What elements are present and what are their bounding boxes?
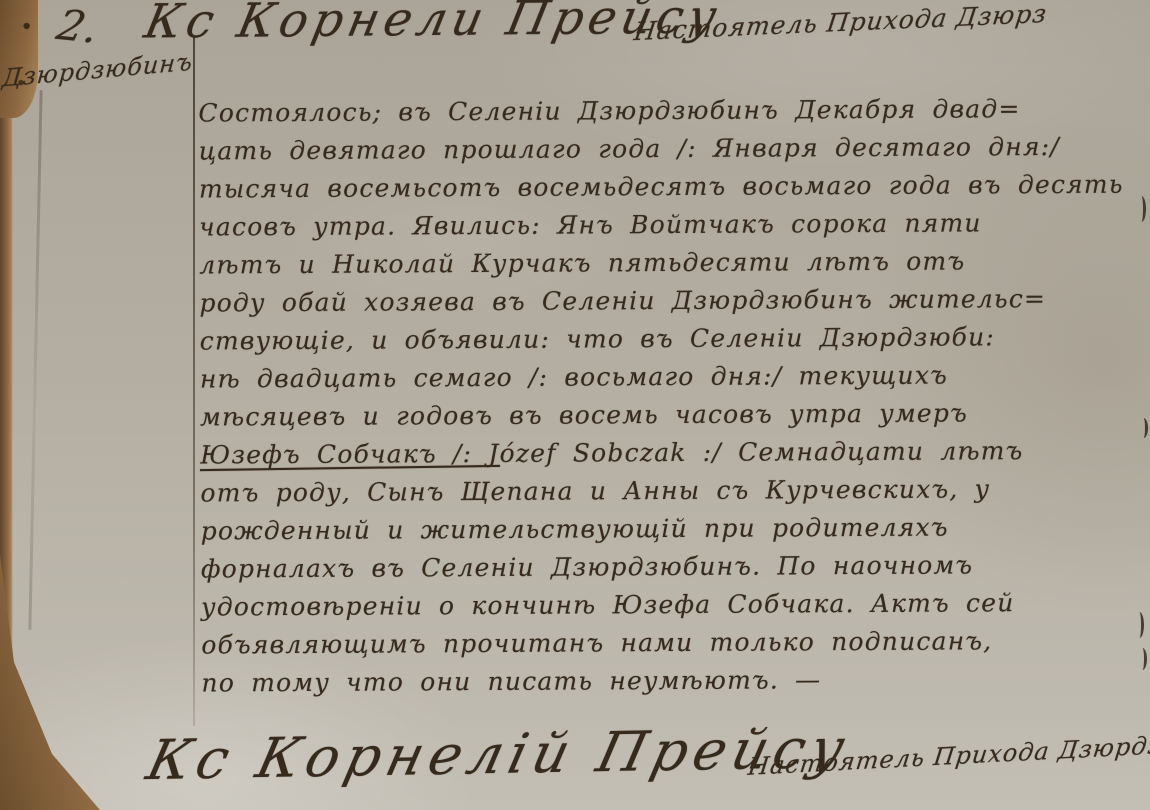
record-line: удостовѣреніи о кончинѣ Юзефа Собчака. А…: [201, 584, 1146, 627]
record-line: по тому что они писать неумѣютъ. —: [201, 660, 1146, 703]
binding-bottom-corner: [0, 555, 100, 810]
binding-top-corner: [0, 0, 38, 118]
record-line: лѣтъ и Николай Курчакъ пятьдесяти лѣтъ о…: [199, 242, 1144, 285]
record-line: цать девятаго прошлаго года /: Января де…: [199, 128, 1144, 171]
paper-crease: [28, 90, 42, 630]
record-line: нѣ двадцать семаго /: восьмаго дня:/ тек…: [200, 356, 1145, 399]
record-line: форналахъ въ Селеніи Дзюрдзюбинъ. По нао…: [201, 546, 1146, 589]
ink-edge-mark: [1139, 418, 1148, 438]
record-line: тысяча восемьсотъ восемьдесятъ восьмаго …: [199, 166, 1144, 209]
scanned-record-page: 2. Дзюрдзюбинъ Кс Корнели Прейсу Настоят…: [0, 0, 1150, 810]
ink-edge-mark: [1135, 612, 1144, 638]
record-line: отъ роду, Сынъ Щепана и Анны съ Курчевск…: [200, 470, 1145, 513]
entry-number: 2.: [52, 0, 104, 52]
margin-rule-line: [193, 36, 195, 726]
record-line: часовъ утра. Явились: Янъ Войтчакъ сорок…: [199, 204, 1144, 247]
record-line: роду обай хозяева въ Селеніи Дзюрдзюбинъ…: [199, 280, 1144, 323]
ink-edge-mark: [1138, 648, 1147, 670]
record-line: рожденный и жительствующій при родителях…: [201, 508, 1146, 551]
record-line: мѣсяцевъ и годовъ въ восемь часовъ утра …: [200, 394, 1145, 437]
ink-edge-mark: [1137, 196, 1146, 222]
record-line: Состоялось; въ Селеніи Дзюрдзюбинъ Декаб…: [198, 90, 1143, 133]
record-line: объявляющимъ прочитанъ нами только подпи…: [201, 622, 1146, 665]
record-line: ствующіе, и объявили: что въ Селеніи Дзю…: [200, 318, 1145, 361]
record-text-block: Состоялось; въ Селеніи Дзюрдзюбинъ Декаб…: [198, 90, 1146, 703]
